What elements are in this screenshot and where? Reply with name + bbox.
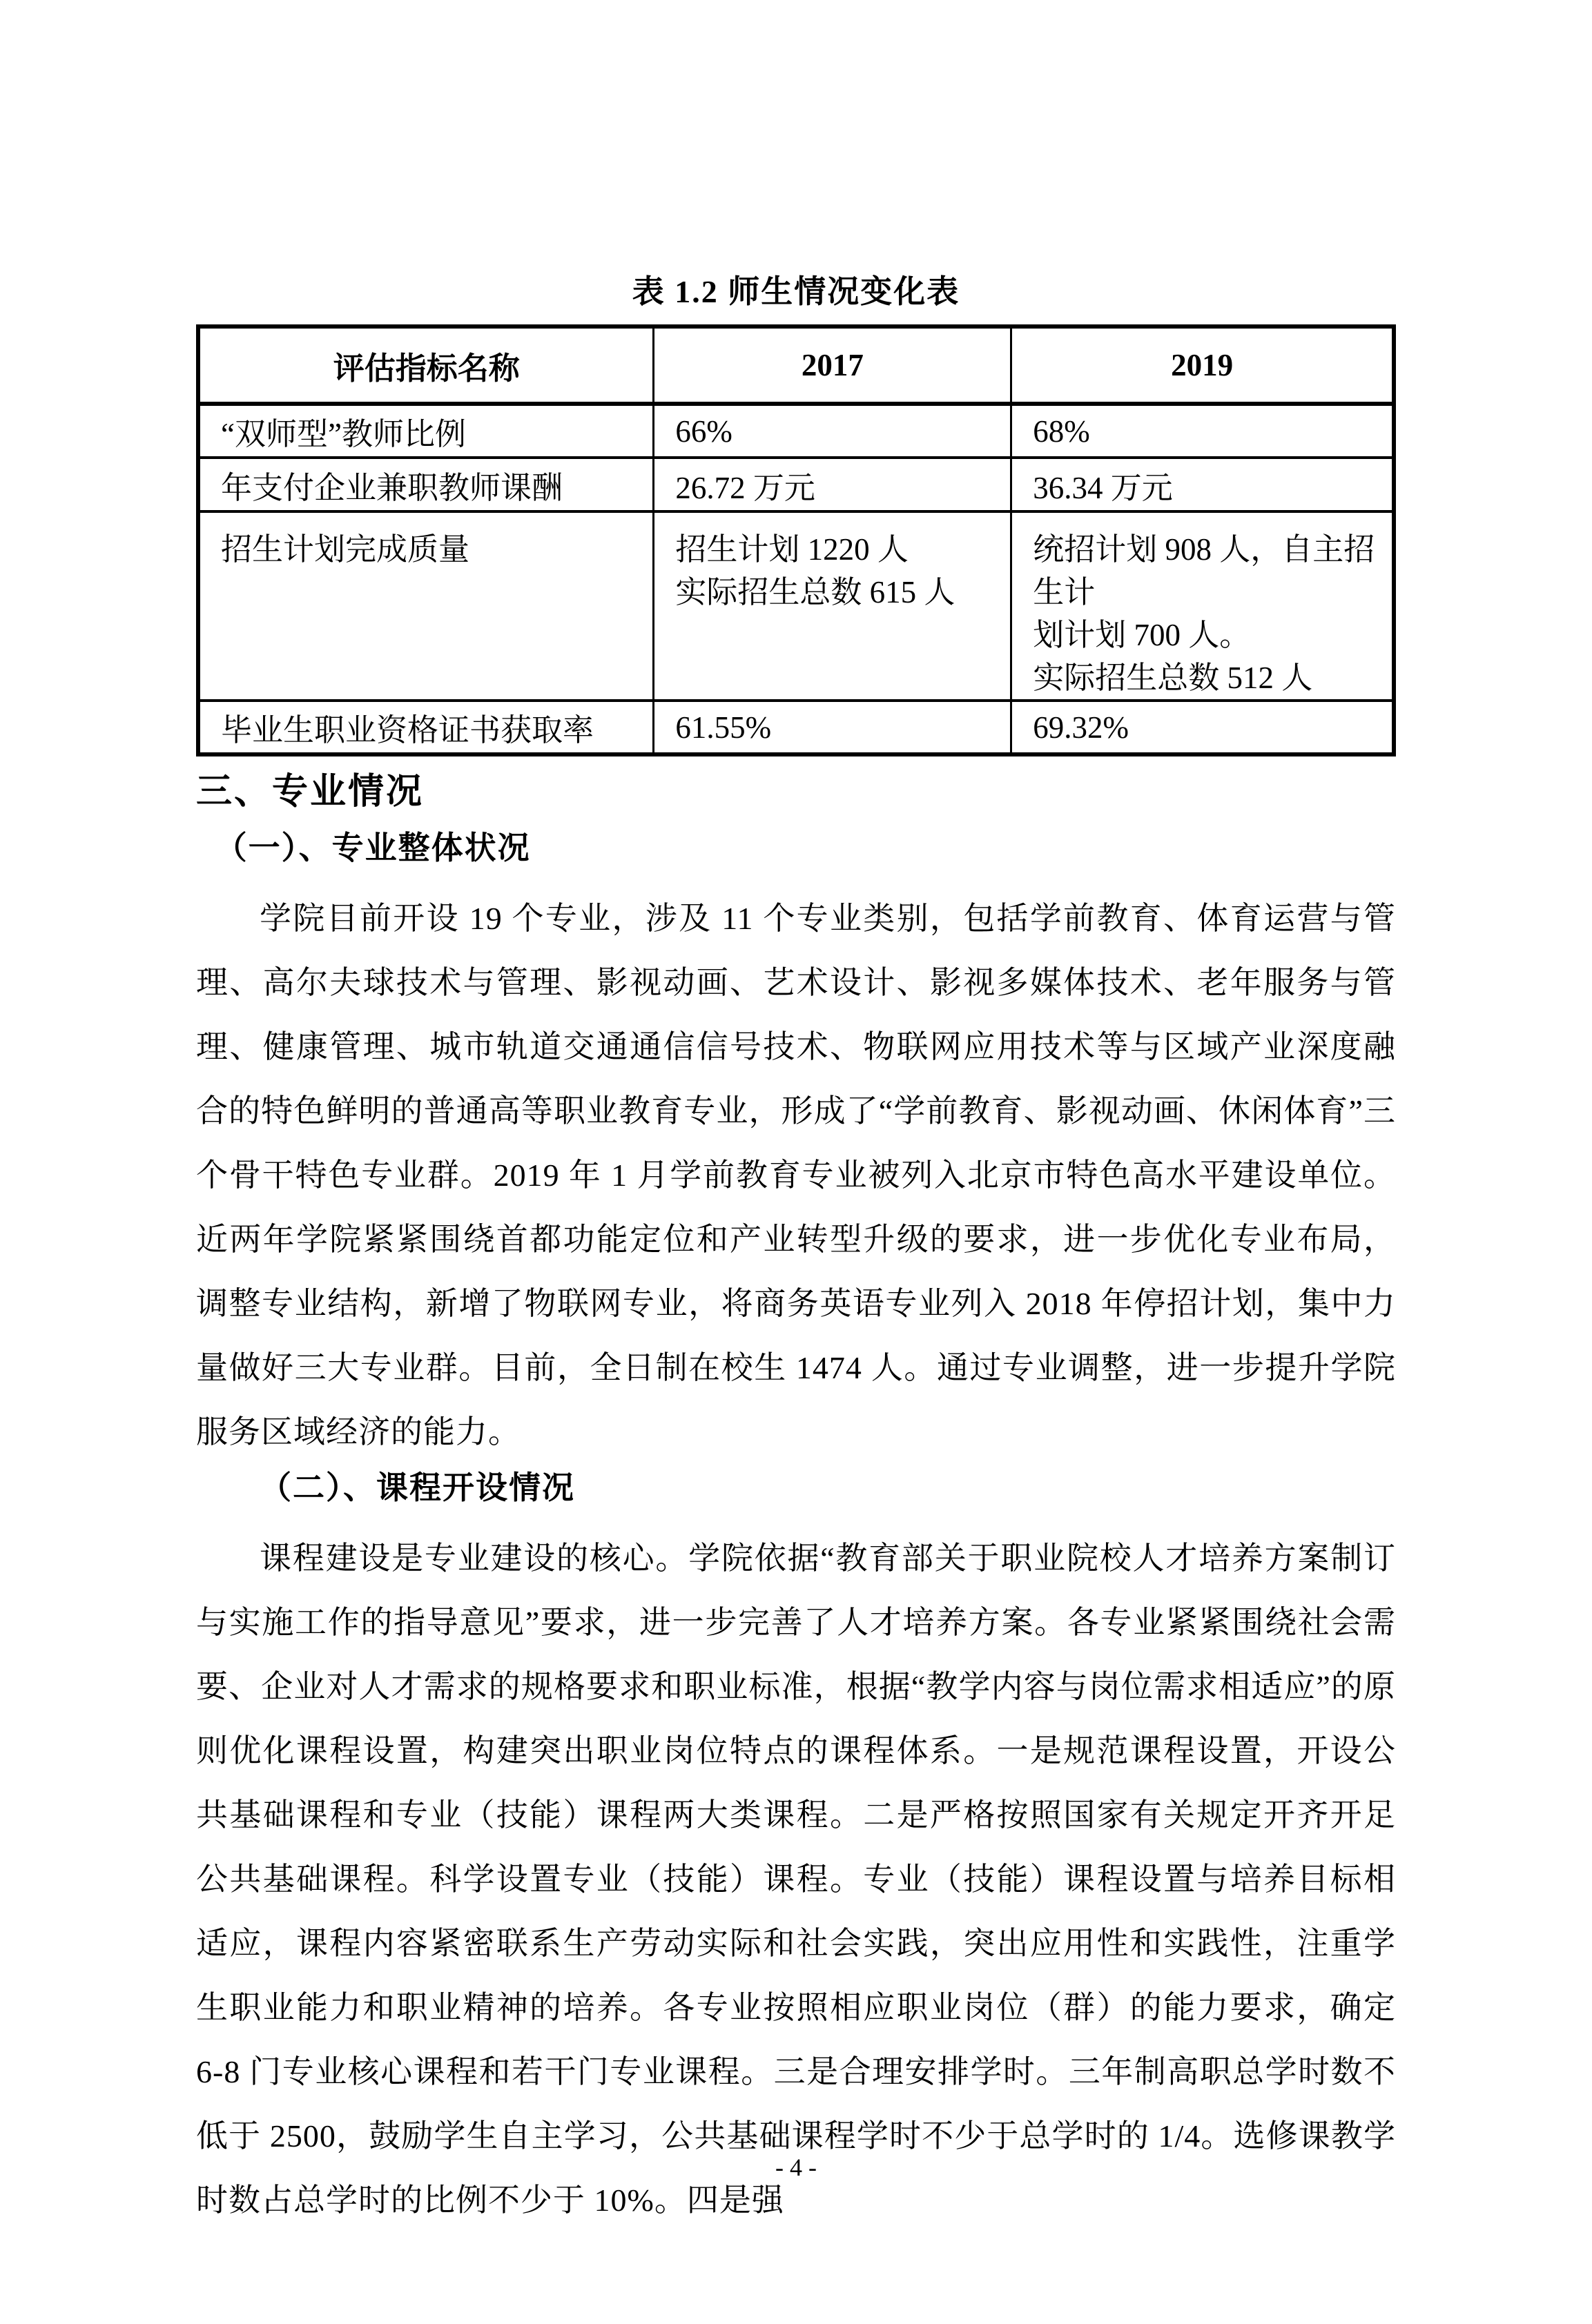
paragraph-major-overview: 学院目前开设 19 个专业，涉及 11 个专业类别，包括学前教育、体育运营与管理… [196, 886, 1396, 1464]
cell-indicator: 毕业生职业资格证书获取率 [198, 701, 654, 754]
page-number: - 4 - [0, 2152, 1592, 2183]
table-row-teacher-ratio: “双师型”教师比例 66% 68% [198, 404, 1394, 458]
cell-2019-value: 36.34 万元 [1011, 458, 1394, 511]
section-heading-major-overview: 三、专业情况 [196, 769, 1396, 814]
table-row-enrollment-quality: 招生计划完成质量 招生计划 1220 人 实际招生总数 615 人 统招计划 9… [198, 511, 1394, 701]
subsection-heading-course-offering: （二）、课程开设情况 [196, 1467, 1396, 1508]
cell-indicator: 年支付企业兼职教师课酬 [198, 458, 654, 511]
stats-table: 评估指标名称 2017 2019 “双师型”教师比例 66% 68% 年支付企业… [196, 324, 1396, 756]
document-page: 表 1.2 师生情况变化表 评估指标名称 2017 2019 “双师型”教师比例… [0, 0, 1592, 2324]
table-row-certificate-rate: 毕业生职业资格证书获取率 61.55% 69.32% [198, 701, 1394, 754]
table-caption: 表 1.2 师生情况变化表 [196, 271, 1396, 313]
table-header-row: 评估指标名称 2017 2019 [198, 326, 1394, 404]
cell-2019-value: 68% [1011, 404, 1394, 458]
cell-2017-value: 66% [654, 404, 1011, 458]
subsection-heading-overall-status: （一）、专业整体状况 [196, 827, 1396, 868]
cell-2017-value: 招生计划 1220 人 实际招生总数 615 人 [654, 511, 1011, 701]
cell-2019-value: 统招计划 908 人，自主招生计 划计划 700 人。 实际招生总数 512 人 [1011, 511, 1394, 701]
header-cell-2019: 2019 [1011, 326, 1394, 404]
cell-indicator: “双师型”教师比例 [198, 404, 654, 458]
cell-2019-value: 69.32% [1011, 701, 1394, 754]
cell-2017-value: 26.72 万元 [654, 458, 1011, 511]
cell-2017-value: 61.55% [654, 701, 1011, 754]
header-cell-indicator: 评估指标名称 [198, 326, 654, 404]
cell-indicator: 招生计划完成质量 [198, 511, 654, 701]
table-row-parttime-pay: 年支付企业兼职教师课酬 26.72 万元 36.34 万元 [198, 458, 1394, 511]
header-cell-2017: 2017 [654, 326, 1011, 404]
paragraph-course-offering: 课程建设是专业建设的核心。学院依据“教育部关于职业院校人才培养方案制订与实施工作… [196, 1526, 1396, 2232]
